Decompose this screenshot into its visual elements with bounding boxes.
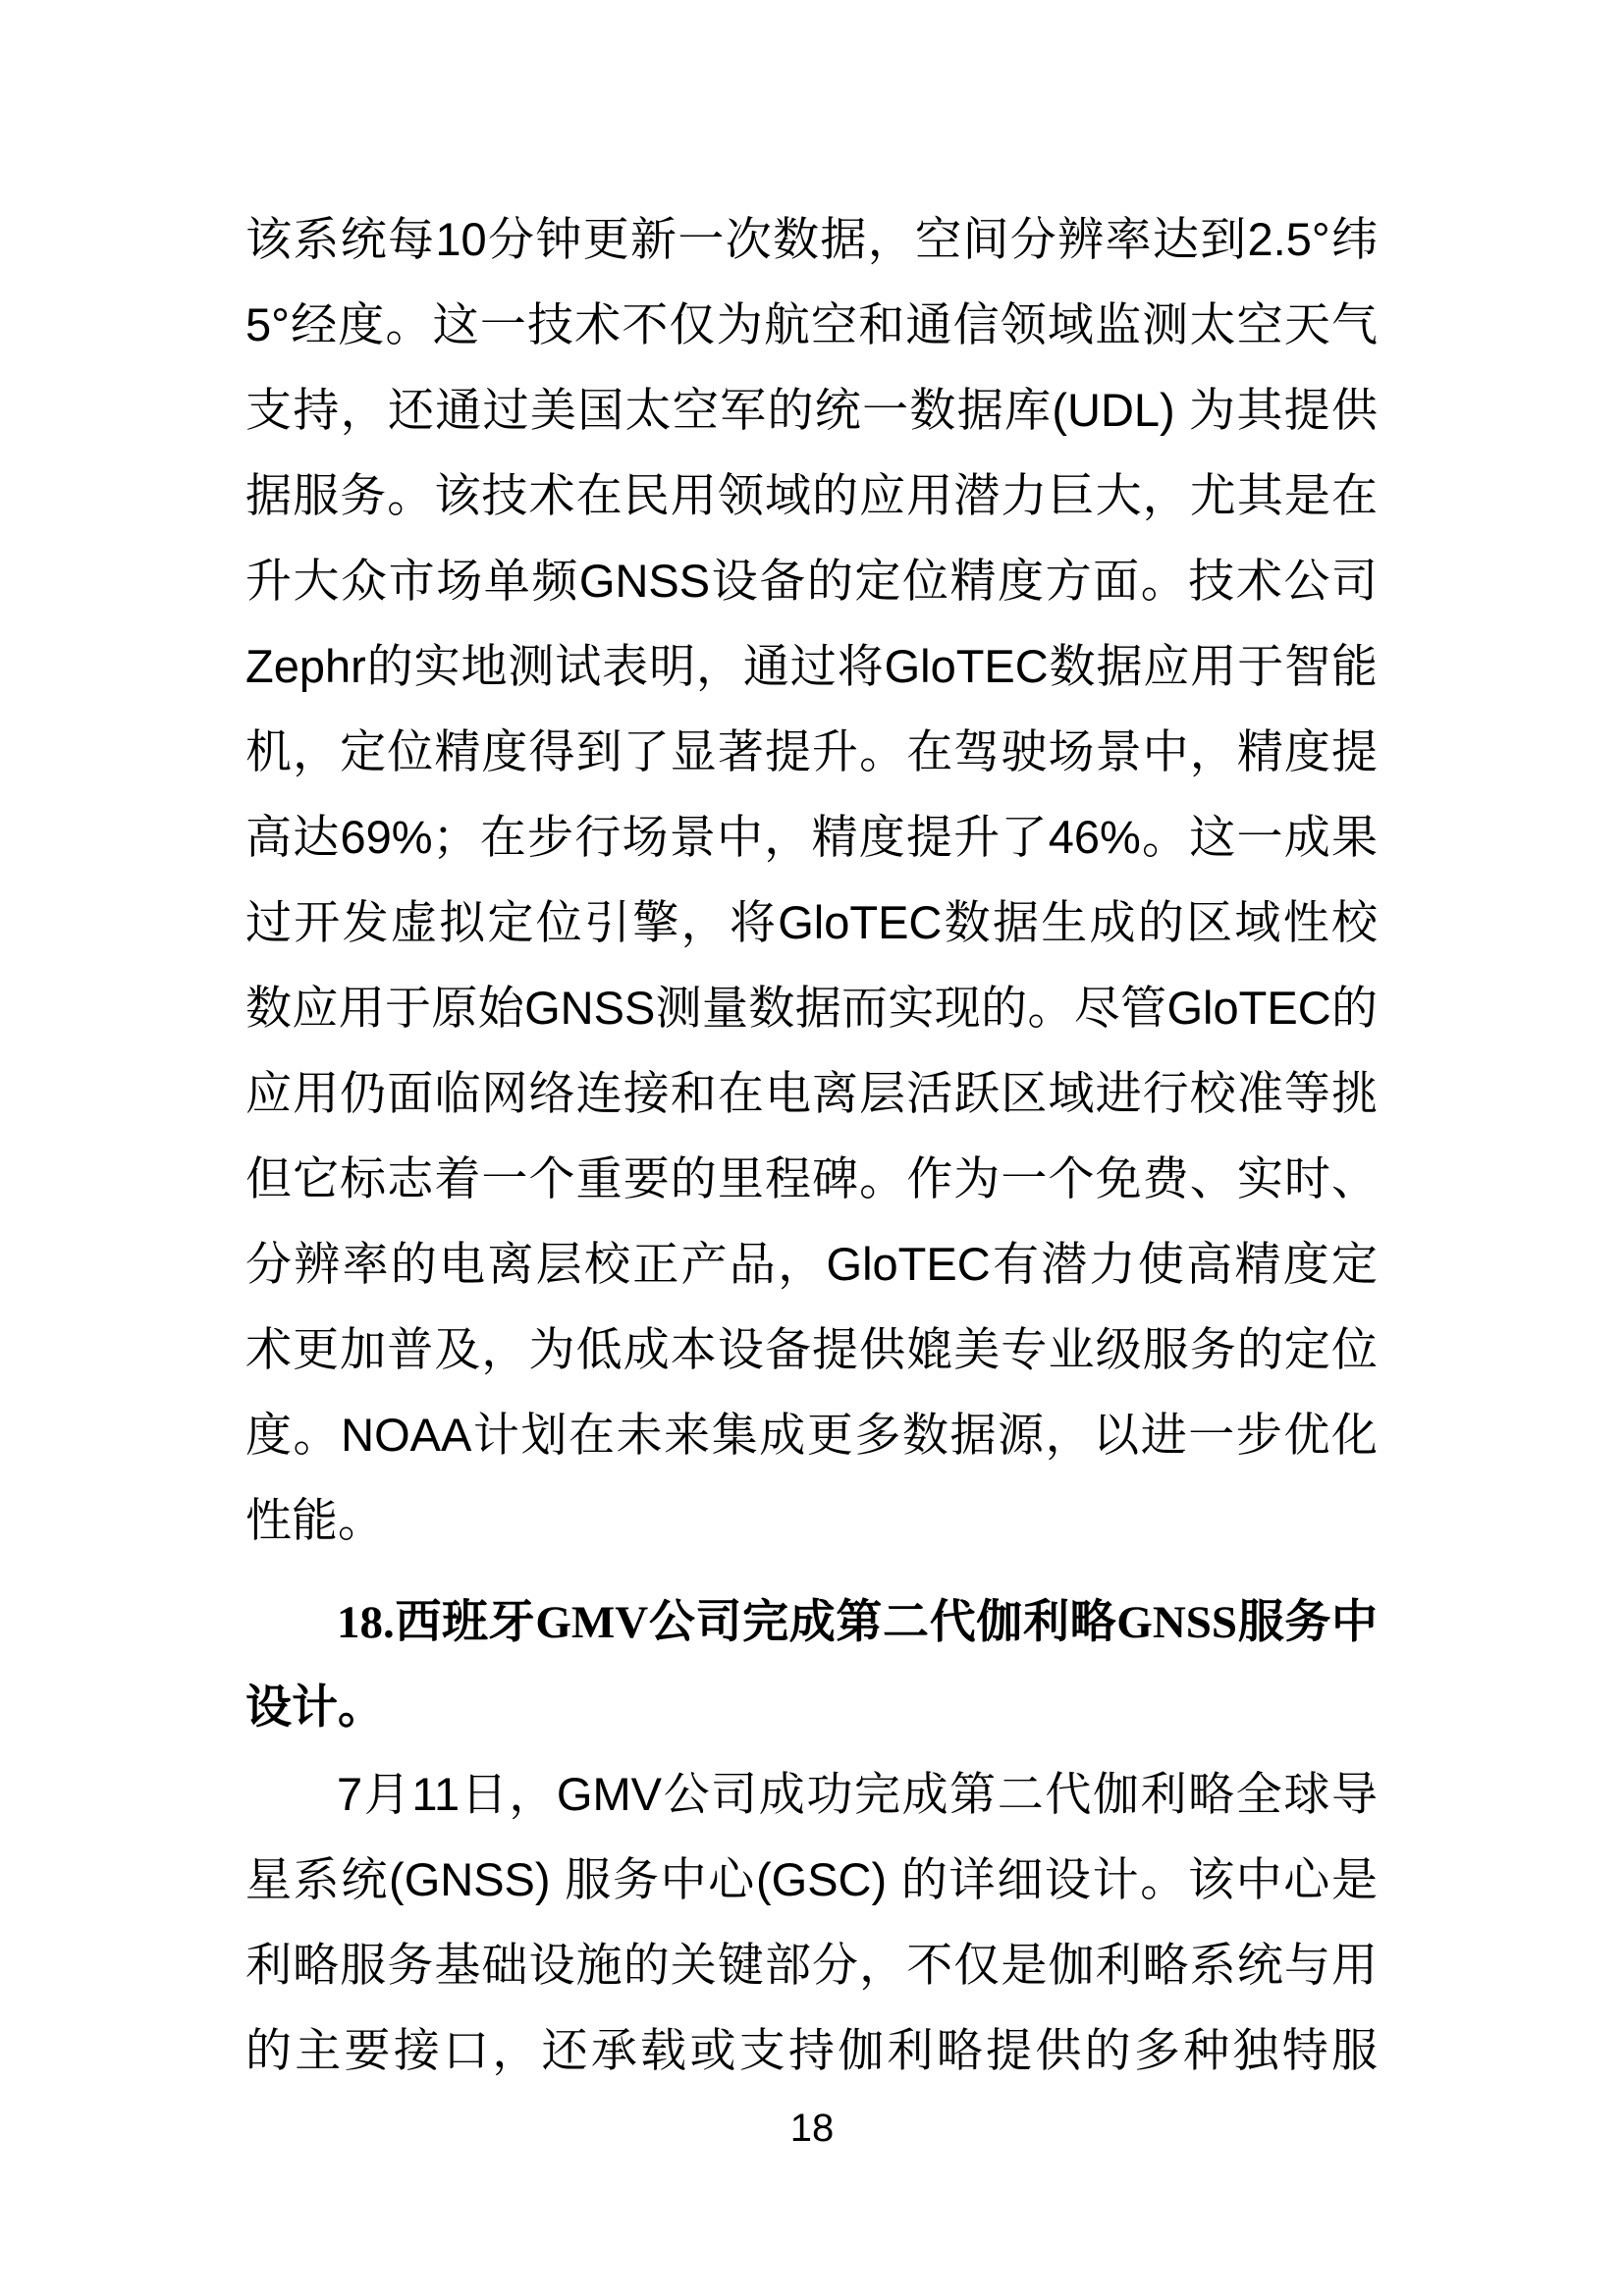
body-line: 星系统(GNSS) 服务中心(GSC) 的详细设计。该中心是伽 bbox=[245, 1837, 1378, 1922]
body-line: 利略服务基础设施的关键部分，不仅是伽利略系统与用户 bbox=[245, 1922, 1378, 2007]
body-line: 过开发虚拟定位引擎，将GloTEC数据生成的区域性校正参 bbox=[245, 880, 1378, 965]
body-line: 支持，还通过美国太空军的统一数据库(UDL) 为其提供数 bbox=[245, 367, 1378, 453]
body-line: 高达69%；在步行场景中，精度提升了46%。这一成果是通 bbox=[245, 794, 1378, 880]
body-line: 7月11日，GMV公司成功完成第二代伽利略全球导航卫 bbox=[245, 1751, 1378, 1837]
body-line: 性能。 bbox=[245, 1477, 1378, 1563]
page-content: 该系统每10分钟更新一次数据，空间分辨率达到2.5°纬度和 5°经度。这一技术不… bbox=[245, 196, 1378, 2093]
body-line: 5°经度。这一技术不仅为航空和通信领域监测太空天气提供 bbox=[245, 282, 1378, 367]
body-line: 据服务。该技术在民用领域的应用潜力巨大，尤其是在提 bbox=[245, 453, 1378, 538]
page-number: 18 bbox=[0, 2107, 1624, 2150]
paragraph-glotec: 该系统每10分钟更新一次数据，空间分辨率达到2.5°纬度和 5°经度。这一技术不… bbox=[245, 196, 1378, 1563]
paragraph-gmv: 7月11日，GMV公司成功完成第二代伽利略全球导航卫 星系统(GNSS) 服务中… bbox=[245, 1751, 1378, 2093]
body-line: 的主要接口，还承载或支持伽利略提供的多种独特服务， bbox=[245, 2007, 1378, 2093]
section-heading-18: 18.西班牙GMV公司完成第二代伽利略GNSS服务中心 设计。 bbox=[245, 1580, 1378, 1751]
body-line: Zephr的实地测试表明，通过将GloTEC数据应用于智能手 bbox=[245, 623, 1378, 709]
heading-line: 设计。 bbox=[245, 1666, 1378, 1751]
document-page: 该系统每10分钟更新一次数据，空间分辨率达到2.5°纬度和 5°经度。这一技术不… bbox=[0, 0, 1624, 2296]
body-line: 但它标志着一个重要的里程碑。作为一个免费、实时、高 bbox=[245, 1136, 1378, 1221]
body-line: 机，定位精度得到了显著提升。在驾驶场景中，精度提升 bbox=[245, 709, 1378, 794]
body-line: 应用仍面临网络连接和在电离层活跃区域进行校准等挑战， bbox=[245, 1050, 1378, 1136]
body-line: 该系统每10分钟更新一次数据，空间分辨率达到2.5°纬度和 bbox=[245, 196, 1378, 282]
body-line: 分辨率的电离层校正产品，GloTEC有潜力使高精度定位技 bbox=[245, 1221, 1378, 1307]
body-line: 术更加普及，为低成本设备提供媲美专业级服务的定位精 bbox=[245, 1307, 1378, 1392]
body-line: 度。NOAA计划在未来集成更多数据源，以进一步优化模型 bbox=[245, 1392, 1378, 1477]
body-line: 升大众市场单频GNSS设备的定位精度方面。技术公司 bbox=[245, 538, 1378, 623]
body-line: 数应用于原始GNSS测量数据而实现的。尽管GloTEC的广泛 bbox=[245, 965, 1378, 1050]
heading-line: 18.西班牙GMV公司完成第二代伽利略GNSS服务中心 bbox=[245, 1580, 1378, 1666]
